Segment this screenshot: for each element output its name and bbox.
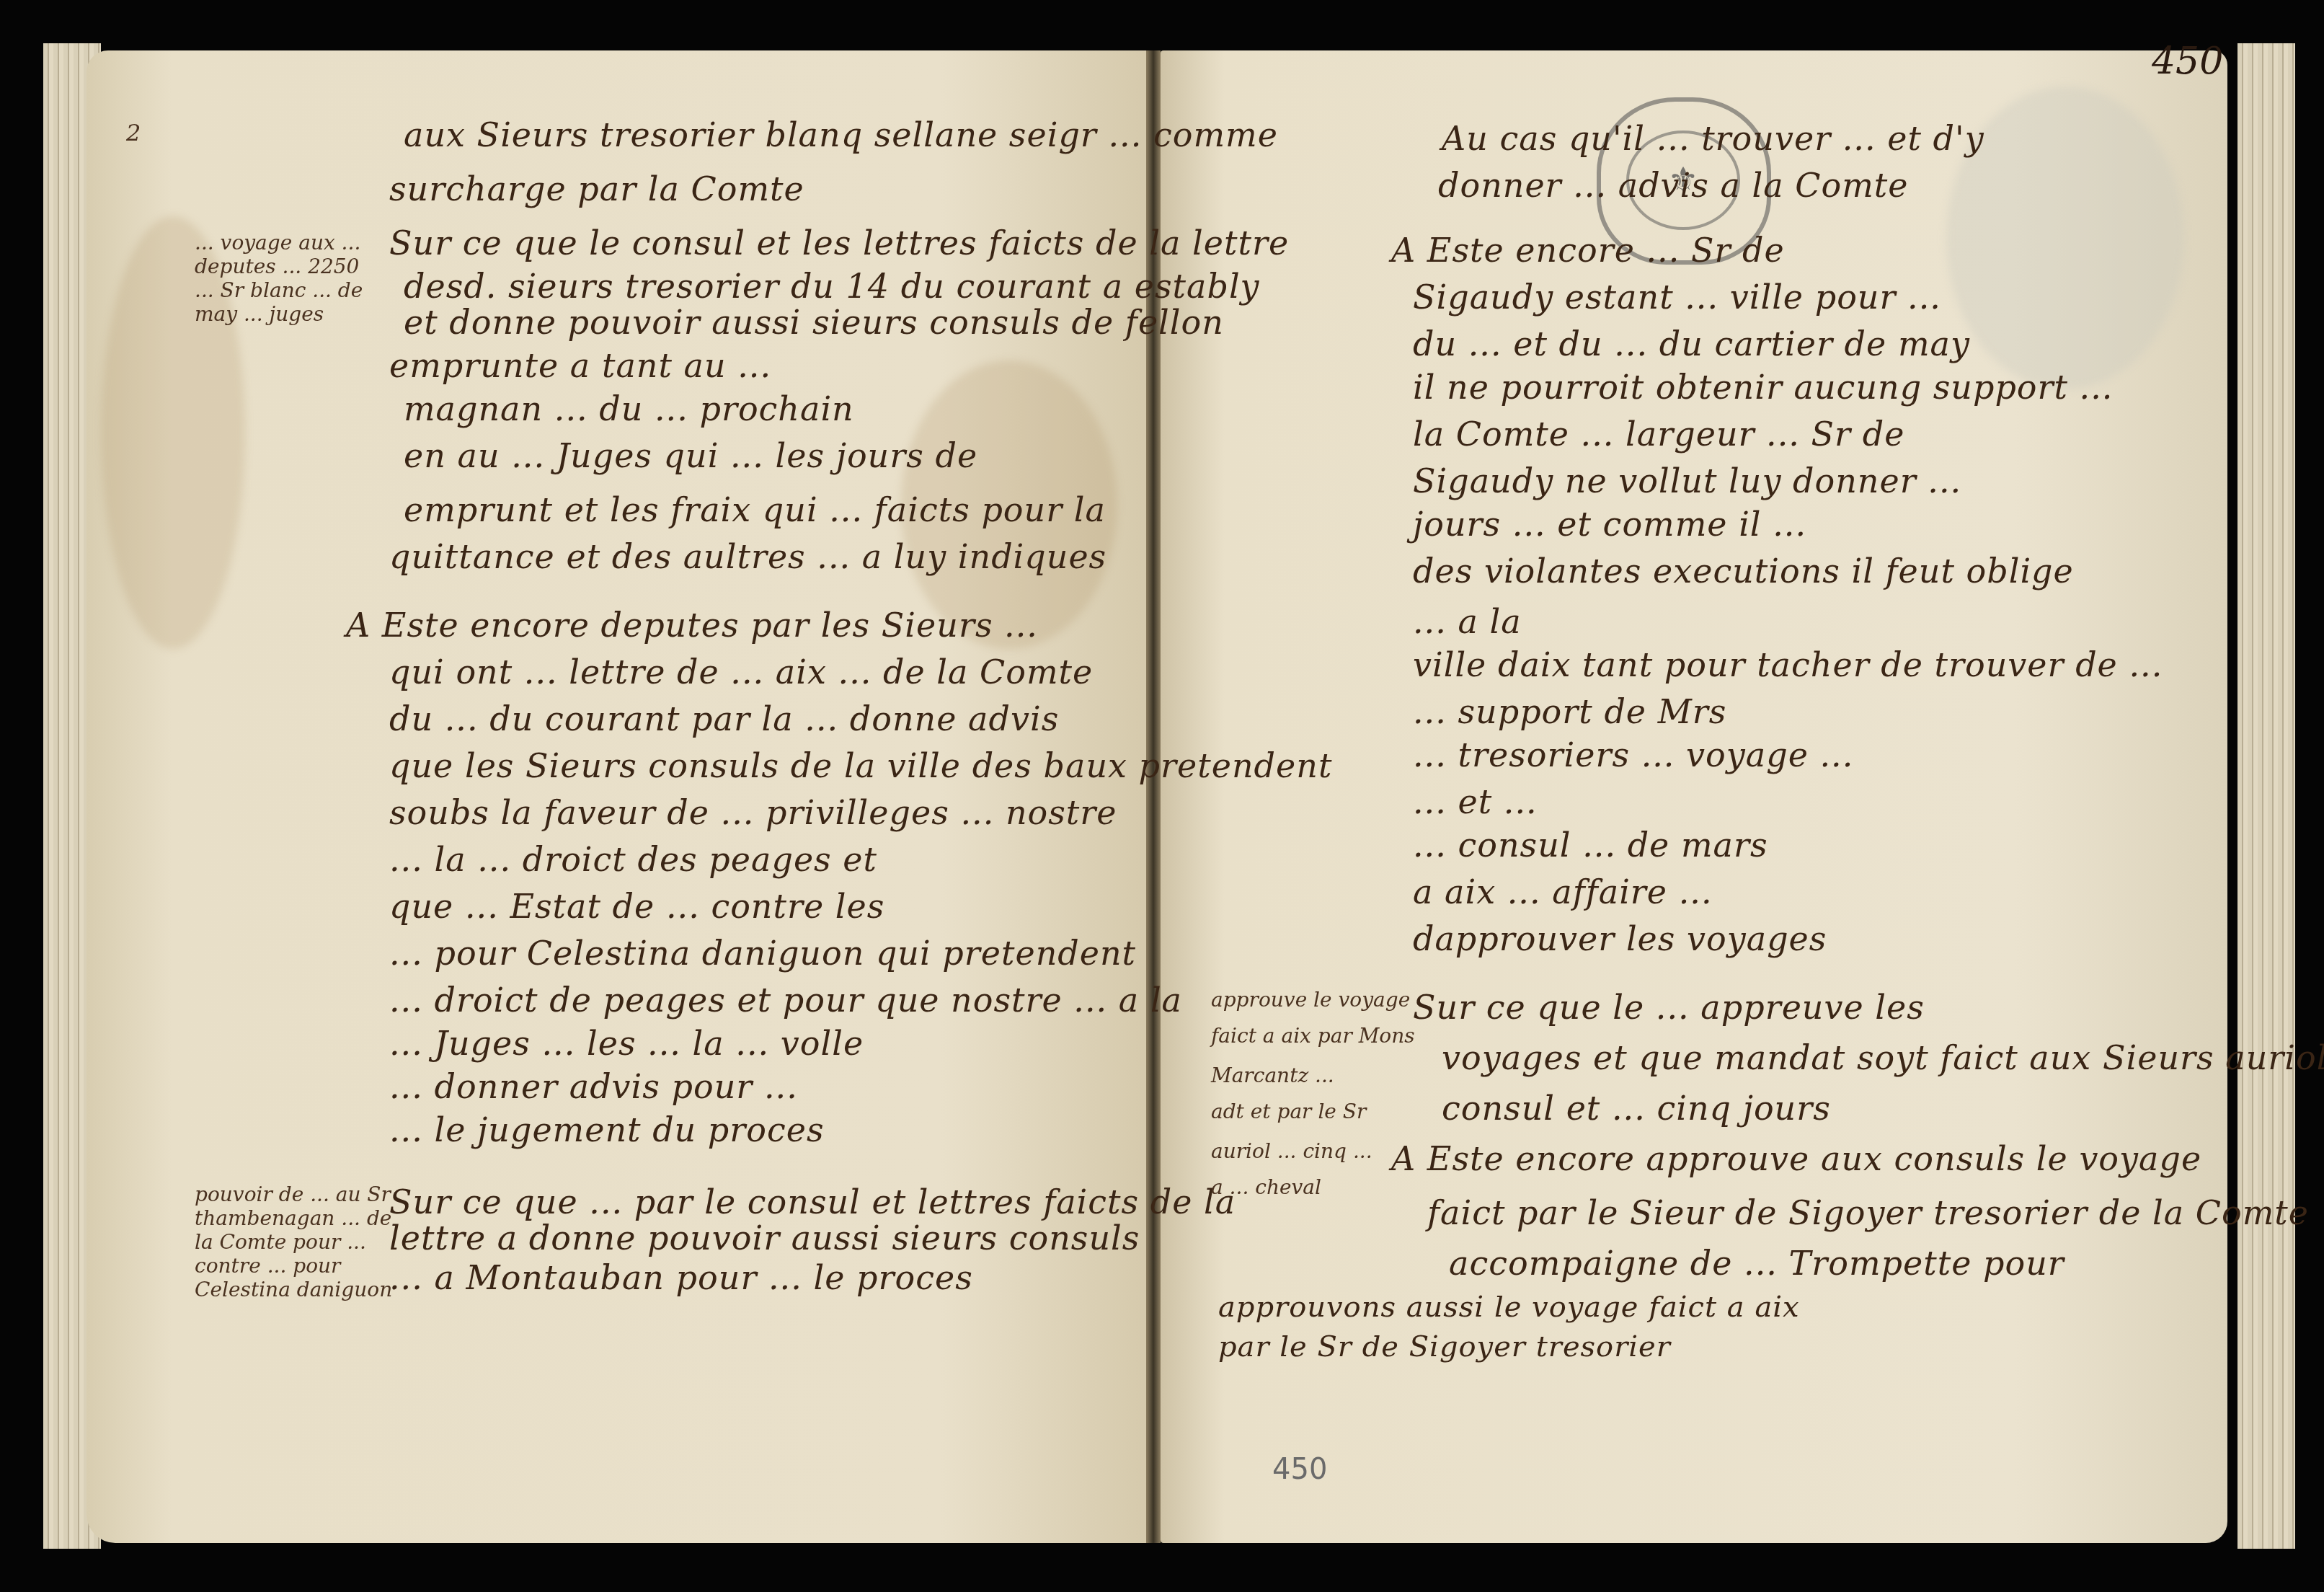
text-line: ... la ... droict des peages et	[389, 840, 877, 879]
folio-number: 450	[2152, 40, 2223, 83]
margin-note: a ... cheval	[1211, 1175, 1321, 1199]
text-line: soubs la faveur de ... privilleges ... n…	[389, 793, 1117, 832]
text-line: Sur ce que le ... appreuve les	[1413, 988, 1925, 1027]
text-line: la Comte ... largeur ... Sr de	[1413, 415, 1904, 454]
text-line: ... Juges ... les ... la ... volle	[389, 1024, 864, 1063]
margin-note: auriol ... cinq ...	[1211, 1139, 1372, 1163]
text-line: du ... et du ... du cartier de may	[1413, 324, 1970, 363]
text-line: faict par le Sieur de Sigoyer tresorier …	[1427, 1193, 2309, 1232]
margin-note: faict a aix par Mons	[1211, 1024, 1415, 1048]
right-page-stack-edges	[2237, 43, 2295, 1549]
text-line: quittance et des aultres ... a luy indiq…	[389, 537, 1106, 576]
text-line: voyages et que mandat soyt faict aux Sie…	[1442, 1038, 2324, 1077]
text-line: il ne pourroit obtenir aucung support ..…	[1413, 368, 2114, 407]
text-line: Sur ce que le consul et les lettres faic…	[389, 224, 1289, 262]
text-line: jours ... et comme il ...	[1413, 505, 1806, 544]
text-line: ... droict de peages et pour que nostre …	[389, 981, 1182, 1020]
text-line: dapprouver les voyages	[1413, 919, 1827, 958]
text-line: qui ont ... lettre de ... aix ... de la …	[389, 653, 1093, 691]
text-line: emprunte a tant au ...	[389, 346, 771, 385]
corner-mark: 2	[126, 119, 141, 146]
text-line: que ... Estat de ... contre les	[389, 887, 884, 926]
text-line: magnan ... du ... prochain	[404, 389, 854, 428]
text-line: emprunt et les fraix qui ... faicts pour…	[404, 490, 1106, 529]
text-line: que les Sieurs consuls de la ville des b…	[389, 746, 1332, 785]
text-line: consul et ... cinq jours	[1442, 1089, 1831, 1128]
text-line: approuvons aussi le voyage faict a aix	[1218, 1291, 1800, 1324]
margin-note: approuve le voyage	[1211, 988, 1410, 1012]
text-line: accompaigne de ... Trompette pour	[1449, 1244, 2064, 1283]
text-line: lettre a donne pouvoir aussi sieurs cons…	[389, 1219, 1140, 1257]
text-line: Au cas qu'il ... trouver ... et d'y	[1442, 119, 1984, 158]
text-line: ... pour Celestina daniguon qui pretende…	[389, 934, 1136, 973]
text-line: A Este encore ... Sr de	[1391, 231, 1785, 270]
text-line: ... le jugement du proces	[389, 1110, 825, 1149]
text-line: et donne pouvoir aussi sieurs consuls de…	[404, 303, 1224, 342]
text-line: Sur ce que ... par le consul et lettres …	[389, 1182, 1236, 1221]
text-line: ... a Montauban pour ... le proces	[389, 1258, 973, 1297]
text-line: par le Sr de Sigoyer tresorier	[1218, 1330, 1671, 1363]
text-line: A Este encore deputes par les Sieurs ...	[346, 606, 1038, 645]
text-line: en au ... Juges qui ... les jours de	[404, 436, 977, 475]
text-line: ... tresoriers ... voyage ...	[1413, 735, 1853, 774]
text-line: ... a la	[1413, 602, 1522, 641]
text-line: surcharge par la Comte	[389, 169, 804, 208]
margin-note: Marcantz ...	[1211, 1063, 1334, 1087]
text-line: Sigaudy ne vollut luy donner ...	[1413, 461, 1961, 500]
margin-note: ... voyage aux ... deputes ... 2250 ... …	[195, 231, 382, 326]
margin-note: adt et par le Sr	[1211, 1100, 1366, 1123]
margin-note: pouvoir de ... au Sr thambenagan ... de …	[195, 1182, 396, 1301]
text-line: ... support de Mrs	[1413, 692, 1726, 731]
text-line: aux Sieurs tresorier blanq sellane seigr…	[404, 115, 1278, 154]
text-line: des violantes executions il feut oblige	[1413, 552, 2074, 591]
text-line: ... donner advis pour ...	[389, 1067, 798, 1106]
text-line: donner ... advis a la Comte	[1438, 166, 1909, 205]
text-line: du ... du courant par la ... donne advis	[389, 699, 1059, 738]
text-line: Sigaudy estant ... ville pour ...	[1413, 278, 1941, 317]
pencil-folio-number: 450	[1272, 1453, 1327, 1486]
text-line: ville daix tant pour tacher de trouver d…	[1413, 645, 2163, 684]
text-line: ... et ...	[1413, 782, 1538, 821]
text-line: a aix ... affaire ...	[1413, 872, 1713, 911]
text-line: desd. sieurs tresorier du 14 du courant …	[404, 267, 1260, 306]
text-line: A Este encore approuve aux consuls le vo…	[1391, 1139, 2201, 1178]
text-line: ... consul ... de mars	[1413, 826, 1768, 864]
